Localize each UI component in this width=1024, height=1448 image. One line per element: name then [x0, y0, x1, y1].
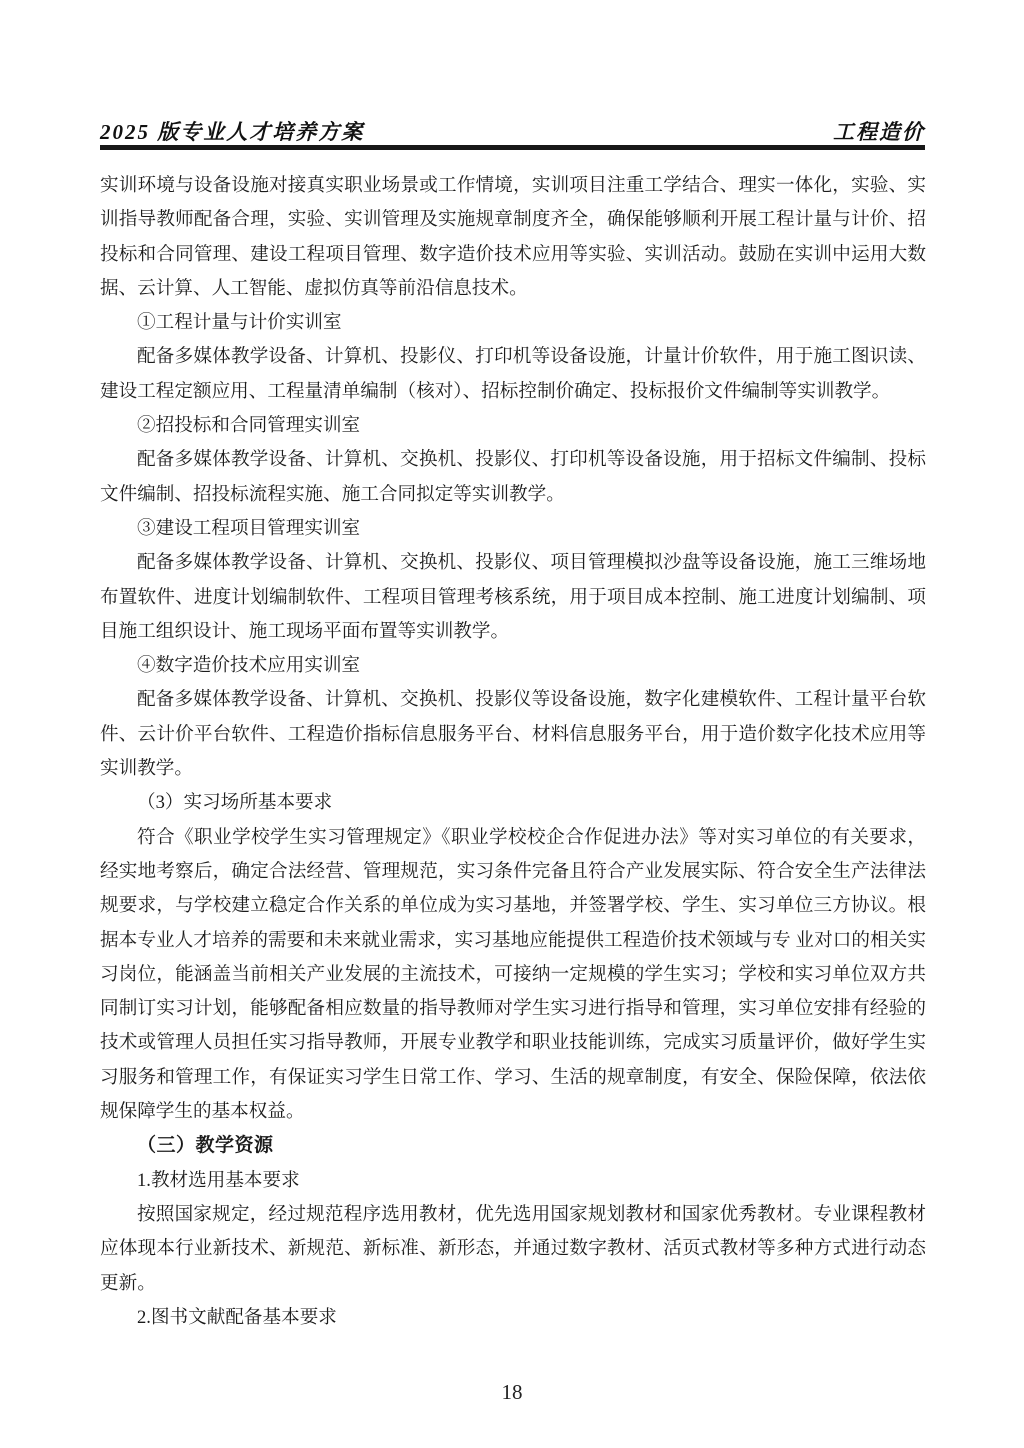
room-4-description: 配备多媒体教学设备、计算机、交换机、投影仪等设备设施，数字化建模软件、工程计量平… [100, 683, 926, 786]
room-3-heading: ③建设工程项目管理实训室 [100, 512, 926, 546]
page-number: 18 [502, 1380, 523, 1404]
document-page: 2025 版专业人才培养方案 工程造价 实训环境与设备设施对接真实职业场景或工作… [0, 0, 1024, 1448]
header-right-title: 工程造价 [833, 116, 925, 146]
room-2-heading: ②招投标和合同管理实训室 [100, 409, 926, 443]
room-1-description: 配备多媒体教学设备、计算机、投影仪、打印机等设备设施，计量计价软件，用于施工图识… [100, 340, 926, 409]
room-1-heading: ①工程计量与计价实训室 [100, 306, 926, 340]
section-3-teaching-resources-heading: （三）教学资源 [100, 1129, 926, 1163]
document-body: 实训环境与设备设施对接真实职业场景或工作情境，实训项目注重工学结合、理实一体化，… [100, 169, 926, 1335]
library-resources-heading: 2.图书文献配备基本要求 [100, 1301, 926, 1335]
room-2-description: 配备多媒体教学设备、计算机、交换机、投影仪、打印机等设备设施，用于招标文件编制、… [100, 443, 926, 512]
page-footer: 18 [0, 1380, 1024, 1405]
internship-site-description: 符合《职业学校学生实习管理规定》《职业学校校企合作促进办法》等对实习单位的有关要… [100, 821, 926, 1130]
paragraph-training-environment: 实训环境与设备设施对接真实职业场景或工作情境，实训项目注重工学结合、理实一体化，… [100, 169, 926, 306]
header-left-title: 2025 版专业人才培养方案 [100, 116, 364, 146]
internship-site-heading: （3）实习场所基本要求 [100, 786, 926, 820]
header-double-rule [100, 145, 925, 150]
page-header: 2025 版专业人才培养方案 工程造价 [100, 116, 925, 146]
textbook-selection-description: 按照国家规定，经过规范程序选用教材，优先选用国家规划教材和国家优秀教材。专业课程… [100, 1198, 926, 1301]
room-3-description: 配备多媒体教学设备、计算机、交换机、投影仪、项目管理模拟沙盘等设备设施，施工三维… [100, 546, 926, 649]
textbook-selection-heading: 1.教材选用基本要求 [100, 1164, 926, 1198]
room-4-heading: ④数字造价技术应用实训室 [100, 649, 926, 683]
